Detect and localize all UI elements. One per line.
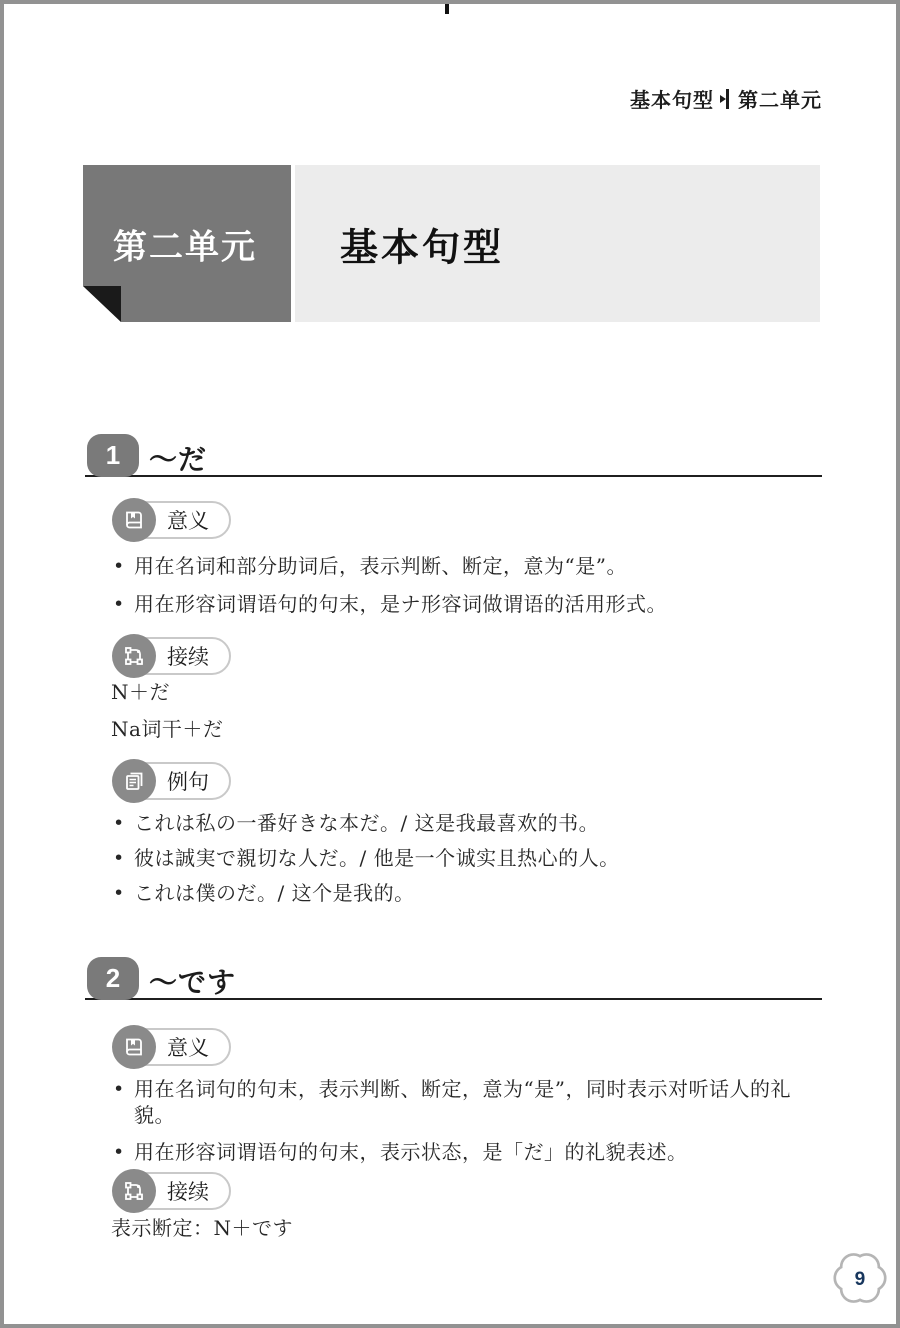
unit-banner-title-box: 基本句型 [295, 165, 820, 322]
connection-line: 表示断定：N＋です [111, 1210, 826, 1247]
examples-badge-1: 例句 [113, 762, 231, 800]
meaning-badge-label: 意义 [167, 1032, 209, 1062]
meaning-badge-2: 意义 [113, 1028, 231, 1066]
page-number-flower: 9 [826, 1244, 894, 1312]
book-icon [112, 498, 156, 542]
corner-fold-icon [83, 286, 121, 322]
book-page: 基本句型 第二单元 基本句型 第二单元 1 〜だ 意义 用在名词和部分助词后 [0, 0, 900, 1328]
connection-badge-2: 接续 [113, 1172, 231, 1210]
section-1-title: 〜だ [149, 438, 207, 478]
examples-badge-label: 例句 [167, 766, 209, 796]
connection-badge-label: 接续 [167, 641, 209, 671]
list-item: 用在名词和部分助词后，表示判断、断定，意为“是”。 [111, 553, 826, 579]
section-2-heading: 2 〜です [85, 957, 822, 1000]
meaning-badge-1: 意义 [113, 501, 231, 539]
connection-line: N＋だ [111, 674, 826, 711]
meaning-list-1: 用在名词和部分助词后，表示判断、断定，意为“是”。 用在形容词谓语句的句末，是ナ… [111, 553, 826, 629]
meaning-badge-label: 意义 [167, 505, 209, 535]
list-item: 用在名词句的句末，表示判断、断定，意为“是”，同时表示对听话人的礼貌。 [111, 1076, 826, 1128]
page-number: 9 [855, 1269, 866, 1290]
section-1-number: 1 [106, 440, 120, 471]
unit-label: 第二单元 [113, 219, 257, 268]
running-header: 基本句型 第二单元 [630, 84, 822, 113]
list-item: これは僕のだ。/ 这个是我的。 [111, 880, 826, 906]
connection-lines-1: N＋だ Na词干＋だ [111, 674, 826, 748]
crop-mark [445, 4, 449, 14]
link-nodes-icon [112, 1169, 156, 1213]
examples-list-1: これは私の一番好きな本だ。/ 这是我最喜欢的书。 彼は誠実で親切な人だ。/ 他是… [111, 810, 826, 915]
document-icon [112, 759, 156, 803]
running-header-section: 基本句型 [630, 84, 714, 113]
section-1-number-badge: 1 [87, 434, 139, 477]
section-2-number: 2 [106, 963, 120, 994]
section-2-number-badge: 2 [87, 957, 139, 1000]
meaning-list-2: 用在名词句的句末，表示判断、断定，意为“是”，同时表示对听话人的礼貌。 用在形容… [111, 1076, 826, 1176]
link-nodes-icon [112, 634, 156, 678]
unit-banner: 基本句型 第二单元 [83, 165, 820, 322]
unit-title: 基本句型 [340, 216, 504, 271]
section-2-title: 〜です [149, 961, 236, 1001]
section-1-heading: 1 〜だ [85, 434, 822, 477]
list-item: 用在形容词谓语句的句末，表示状态，是「だ」的礼貌表述。 [111, 1139, 826, 1165]
running-header-unit: 第二单元 [738, 84, 822, 113]
connection-badge-1: 接续 [113, 637, 231, 675]
list-item: これは私の一番好きな本だ。/ 这是我最喜欢的书。 [111, 810, 826, 836]
connection-badge-label: 接续 [167, 1176, 209, 1206]
list-item: 彼は誠実で親切な人だ。/ 他是一个诚实且热心的人。 [111, 845, 826, 871]
header-separator-icon [726, 89, 729, 109]
list-item: 用在形容词谓语句的句末，是ナ形容词做谓语的活用形式。 [111, 591, 826, 617]
book-icon [112, 1025, 156, 1069]
connection-lines-2: 表示断定：N＋です [111, 1210, 826, 1247]
connection-line: Na词干＋だ [111, 711, 826, 748]
